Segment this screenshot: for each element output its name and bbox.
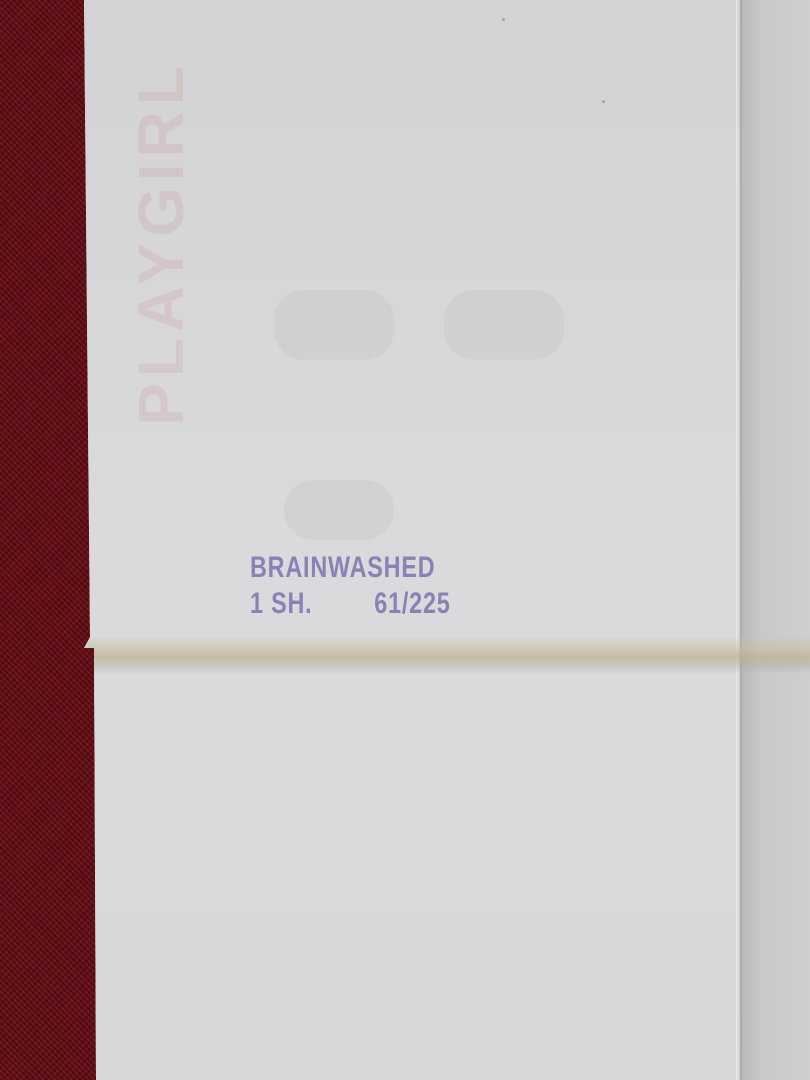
poster-panel-left: PLAYGIRL BRAINWASHED 1 SH. 61/225 [84,0,740,1080]
showthrough-title: PLAYGIRL [124,60,198,426]
showthrough-shape [444,290,564,360]
stamp-title: BRAINWASHED [250,550,451,586]
showthrough-shape [274,290,394,360]
showthrough-shape [284,480,394,540]
poster-panel-right [740,0,810,1080]
stamp-line-2: 1 SH. 61/225 [250,586,451,622]
stamp-code: 61/225 [374,586,450,622]
paper-speck [502,18,505,21]
stamp-format: 1 SH. [250,586,312,622]
poster-reverse: PLAYGIRL BRAINWASHED 1 SH. 61/225 [84,0,810,1080]
vertical-fold-line [736,0,742,1080]
distributor-stamp: BRAINWASHED 1 SH. 61/225 [250,550,451,622]
horizontal-fold-line [84,636,810,674]
paper-speck [602,100,605,103]
